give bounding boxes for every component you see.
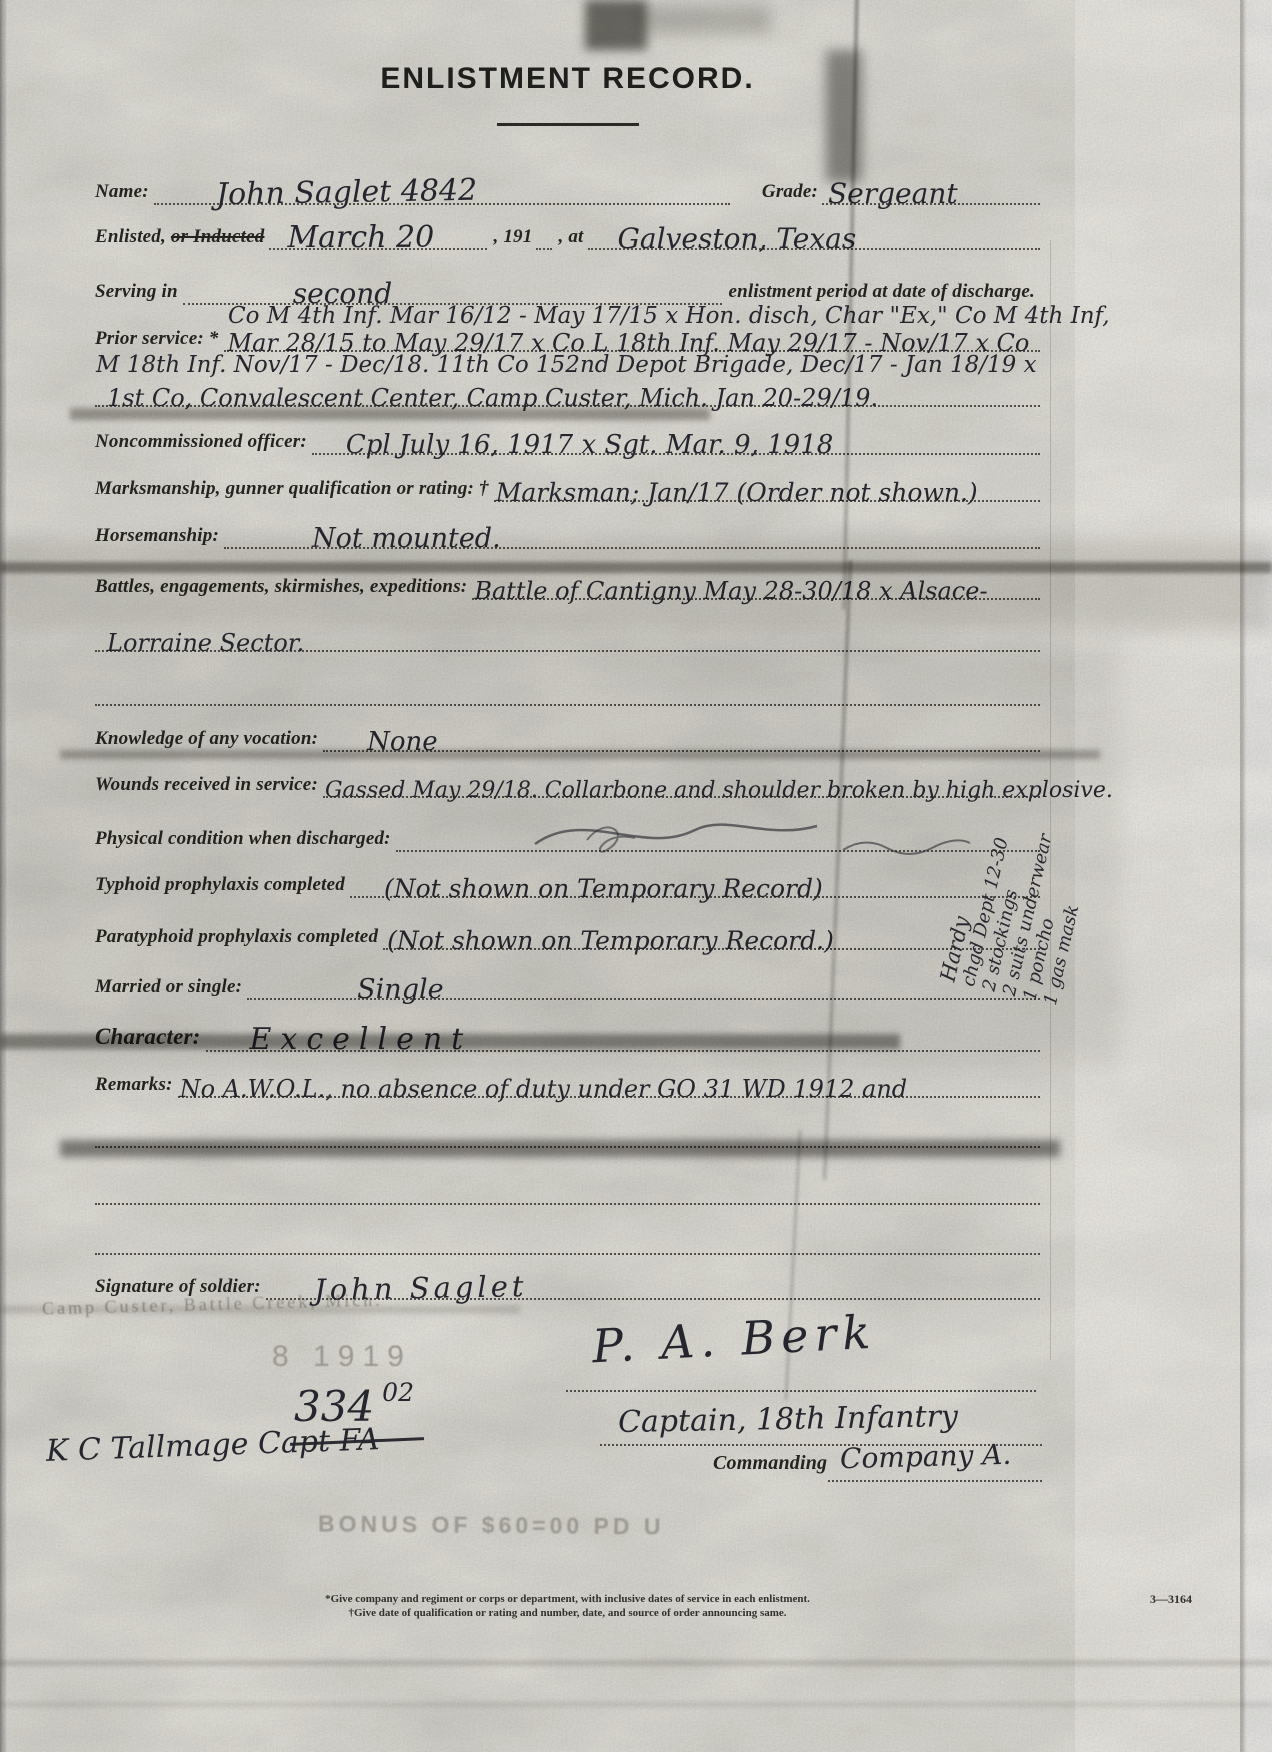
battles-value2: Lorraine Sector. [107, 629, 304, 657]
commanding-unit: Company A. [840, 1438, 1012, 1475]
vocation-row: Knowledge of any vocation: None [95, 708, 1040, 752]
physical-line [396, 806, 1040, 852]
name-label: Name: [95, 181, 154, 205]
blank-row-3 [95, 1211, 1040, 1255]
wounds-label: Wounds received in service: [95, 774, 323, 798]
prior-service-line-above: Co M 4th Inf. Mar 16/12 - May 17/15 x Ho… [228, 303, 1110, 329]
officer-signature-line [566, 1390, 1036, 1392]
horsemanship-line: Not mounted. [224, 503, 1040, 549]
nco-row: Noncommissioned officer: Cpl July 16, 19… [95, 411, 1040, 455]
remarks-line1: No A.W.O.L., no absence of duty under GO… [178, 1052, 1040, 1098]
battles-line1: Battle of Cantigny May 28-30/18 x Alsace… [472, 554, 1040, 600]
paratyphoid-value: (Not shown on Temporary Record.) [387, 926, 834, 955]
enlisted-date-line: March 20 [269, 204, 487, 250]
name-grade-row: Name: John Saglet 4842 Grade: Sergeant [95, 161, 1040, 205]
commanding-line [828, 1480, 1042, 1482]
typhoid-label: Typhoid prophylaxis completed [95, 874, 350, 898]
blank-line-2 [95, 1159, 1040, 1205]
typhoid-line: (Not shown on Temporary Record) [350, 852, 1040, 898]
remarks-row: Remarks: No A.W.O.L., no absence of duty… [95, 1054, 1040, 1098]
bonus-stamp: BONUS OF $60=00 PD U [318, 1510, 665, 1540]
enlisted-label: Enlisted, or Inducted [95, 226, 269, 250]
footnotes: *Give company and regiment or corps or d… [95, 1592, 1040, 1620]
battles-label: Battles, engagements, skirmishes, expedi… [95, 576, 472, 600]
marksmanship-line: Marksman; Jan/17 (Order not shown.) [494, 456, 1040, 502]
serving-label: Serving in [95, 281, 183, 305]
officer-rank: Captain, 18th Infantry [618, 1399, 958, 1440]
married-line: Single [247, 954, 1040, 1000]
grade-label: Grade: [756, 181, 822, 205]
enlisted-row: Enlisted, or Inducted March 20 , 191 , a… [95, 206, 1040, 250]
paper-right-edge [1240, 0, 1247, 1752]
blank-row-2 [95, 1161, 1040, 1205]
horsemanship-label: Horsemanship: [95, 525, 224, 549]
enlisted-date-value: March 20 [287, 220, 434, 255]
battles-line2: Lorraine Sector. [95, 606, 1040, 652]
soldier-signature-line: John Saglet [266, 1254, 1040, 1300]
married-label: Married or single: [95, 976, 247, 1000]
physical-label: Physical condition when discharged: [95, 828, 396, 852]
blank-row-1 [95, 662, 1040, 706]
prior-service-label: Prior service: * [95, 328, 224, 352]
right-margin-column [1075, 0, 1241, 1752]
enlisted-year-prefix: , 191 [487, 226, 536, 250]
married-row: Married or single: Single [95, 956, 1040, 1000]
paratyphoid-line: (Not shown on Temporary Record.) [383, 904, 1040, 950]
grade-line: Sergeant [822, 159, 1040, 205]
serving-row: Serving in second enlistment period at d… [95, 261, 1040, 305]
physical-row: Physical condition when discharged: [95, 808, 1040, 852]
blank-line-3 [95, 1209, 1040, 1255]
commanding-label: Commanding [713, 1452, 832, 1477]
character-label: Character: [95, 1024, 206, 1052]
battles-row2: Lorraine Sector. [95, 608, 1040, 652]
remarks-value1: No A.W.O.L., no absence of duty under GO… [180, 1075, 908, 1103]
typhoid-row: Typhoid prophylaxis completed (Not shown… [95, 854, 1040, 898]
marksmanship-label: Marksmanship, gunner qualification or ra… [95, 478, 494, 502]
paper-left-edge [0, 0, 7, 1752]
paratyphoid-label: Paratyphoid prophylaxis completed [95, 926, 383, 950]
enlisted-struck-label: or Inducted [171, 226, 265, 247]
form-title: ENLISTMENT RECORD. [95, 62, 1040, 96]
married-value: Single [357, 974, 443, 1005]
paid-cents: 02 [382, 1378, 414, 1407]
enlisted-year-line [536, 204, 552, 250]
prior-service-value2: M 18th Inf. Nov/17 - Dec/18. 11th Co 152… [96, 352, 1037, 378]
title-rule [497, 123, 639, 126]
vocation-line: None [323, 706, 1040, 752]
form-number: 3—3164 [1150, 1592, 1192, 1607]
remarks-row2 [95, 1104, 1040, 1148]
prior-service-value3: 1st Co, Convalescent Center, Camp Custer… [107, 384, 878, 412]
remarks-label: Remarks: [95, 1074, 178, 1098]
enlisted-place-line: Galveston, Texas [588, 204, 1040, 250]
remarks-line2 [95, 1102, 1040, 1148]
battles-value1: Battle of Cantigny May 28-30/18 x Alsace… [474, 577, 987, 605]
character-row: Character: Excellent [95, 1008, 1040, 1052]
nco-line: Cpl July 16, 1917 x Sgt. Mar. 9, 1918 [312, 409, 1040, 455]
date-stamp: 8 1919 [272, 1340, 412, 1374]
soldier-signature-label: Signature of soldier: [95, 1276, 266, 1300]
horsemanship-row: Horsemanship: Not mounted. [95, 505, 1040, 549]
blank-line-1 [95, 660, 1040, 706]
enlisted-place-value: Galveston, Texas [618, 222, 857, 255]
serving-suffix: enlistment period at date of discharge. [722, 281, 1040, 305]
paratyphoid-row: Paratyphoid prophylaxis completed (Not s… [95, 906, 1040, 950]
horsemanship-value: Not mounted. [312, 523, 501, 554]
soldier-signature-value: John Saglet [313, 1269, 527, 1307]
footnote-1: *Give company and regiment or corps or d… [95, 1592, 1040, 1606]
enlistment-record-scan: ENLISTMENT RECORD. Name: John Saglet 484… [0, 0, 1272, 1752]
name-line: John Saglet 4842 [154, 159, 730, 205]
footnote-2: †Give date of qualification or rating an… [95, 1606, 1040, 1620]
wounds-row: Wounds received in service: Gassed May 2… [95, 754, 1040, 798]
typhoid-value: (Not shown on Temporary Record) [384, 874, 823, 903]
marksmanship-row: Marksmanship, gunner qualification or ra… [95, 458, 1040, 502]
character-line: Excellent [206, 1006, 1041, 1052]
battles-row: Battles, engagements, skirmishes, expedi… [95, 556, 1040, 600]
nco-label: Noncommissioned officer: [95, 431, 312, 455]
serving-line: second [183, 259, 723, 305]
vocation-label: Knowledge of any vocation: [95, 728, 323, 752]
wounds-line: Gassed May 29/18. Collarbone and shoulde… [323, 752, 1040, 798]
soldier-signature-row: Signature of soldier: John Saglet [95, 1256, 1040, 1300]
enlisted-at-label: , at [552, 226, 587, 250]
